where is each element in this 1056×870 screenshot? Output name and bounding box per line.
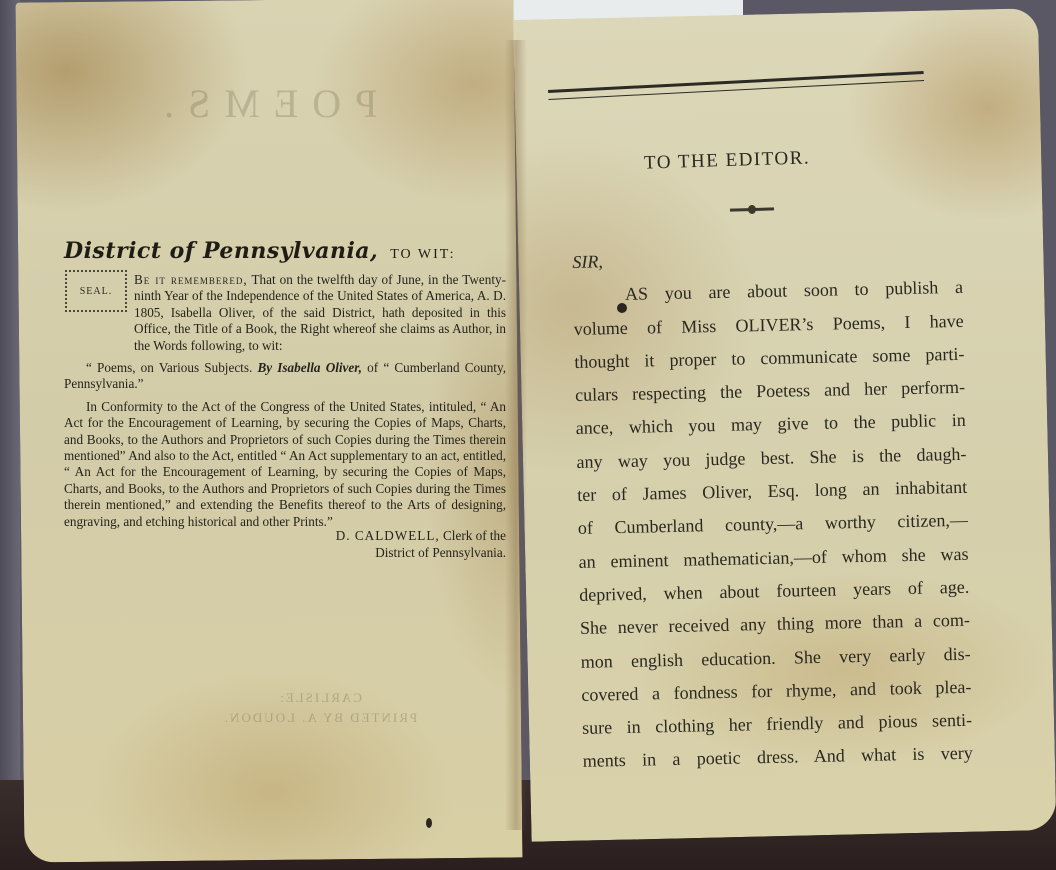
remembered-lead: Be it remembered,: [134, 272, 248, 287]
ink-spot: [426, 818, 432, 828]
imprint-line-2: PRINTED BY A. LOUDON.: [170, 708, 470, 728]
copyright-notice: Be it remembered, That on the twelfth da…: [64, 272, 506, 561]
imprint-line-1: CARLISLE:: [170, 688, 470, 708]
clerk-name: D. CALDWELL,: [336, 528, 440, 543]
act-paragraph: In Conformity to the Act of the Congress…: [64, 399, 506, 530]
remembered-paragraph: Be it remembered, That on the twelfth da…: [64, 272, 506, 354]
quoted-title-byline: By Isabella Oliver,: [252, 360, 362, 375]
clerk-title: Clerk of the: [440, 528, 506, 543]
clerk-district: District of Pennsylvania.: [375, 545, 506, 560]
quoted-book-title: “ Poems, on Various Subjects. By Isabell…: [64, 360, 506, 393]
show-through-title: POEMS.: [150, 80, 377, 127]
quoted-title-text: “ Poems, on Various Subjects.: [86, 360, 252, 375]
copyright-heading: District of Pennsylvania, TO WIT:: [64, 238, 504, 264]
heading-district: District of Pennsylvania,: [64, 238, 378, 264]
show-through-imprint: CARLISLE: PRINTED BY A. LOUDON.: [170, 688, 470, 728]
heading-to-wit: TO WIT:: [390, 247, 455, 262]
book-gutter: [505, 40, 527, 830]
clerk-signature: D. CALDWELL, Clerk of theDistrict of Pen…: [64, 528, 506, 561]
letter-body: SIR, AS you are about soon to publish a …: [572, 238, 973, 779]
